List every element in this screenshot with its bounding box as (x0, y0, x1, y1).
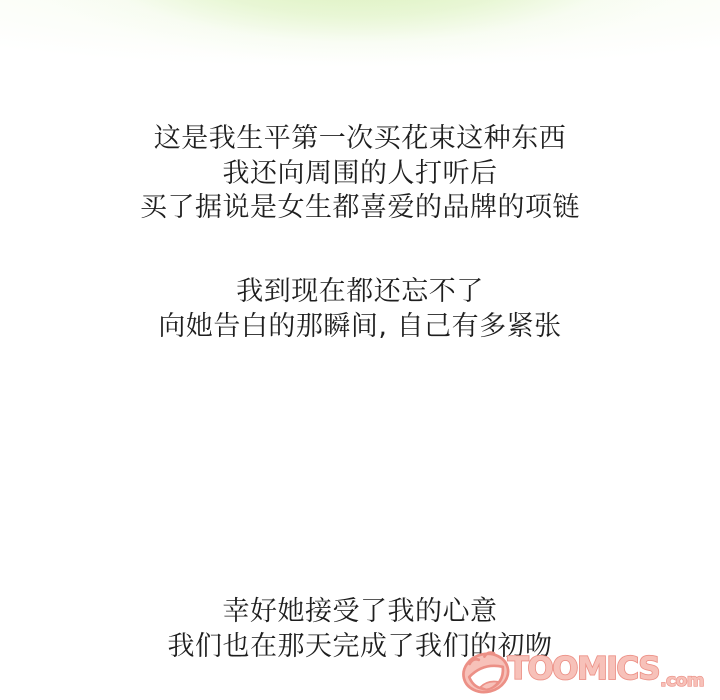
narration-block-1: 这是我生平第一次买花束这种东西 我还向周围的人打听后 买了据说是女生都喜爱的品牌… (0, 122, 720, 226)
narration-line: 我们也在那天完成了我们的初吻 (0, 630, 720, 665)
narration-line: 买了据说是女生都喜爱的品牌的项链 (0, 191, 720, 226)
narration-line: 幸好她接受了我的心意 (0, 595, 720, 630)
narration-line: 这是我生平第一次买花束这种东西 (0, 122, 720, 157)
narration-line: 我还向周围的人打听后 (0, 157, 720, 192)
narration-block-3: 幸好她接受了我的心意 我们也在那天完成了我们的初吻 (0, 595, 720, 664)
narration-line: 向她告白的那瞬间, 自己有多紧张 (0, 310, 720, 345)
watermark-domain-suffix: .com (660, 673, 704, 693)
webtoon-page: 这是我生平第一次买花束这种东西 我还向周围的人打听后 买了据说是女生都喜爱的品牌… (0, 0, 720, 700)
narration-line: 我到现在都还忘不了 (0, 275, 720, 310)
narration-block-2: 我到现在都还忘不了 向她告白的那瞬间, 自己有多紧张 (0, 275, 720, 344)
